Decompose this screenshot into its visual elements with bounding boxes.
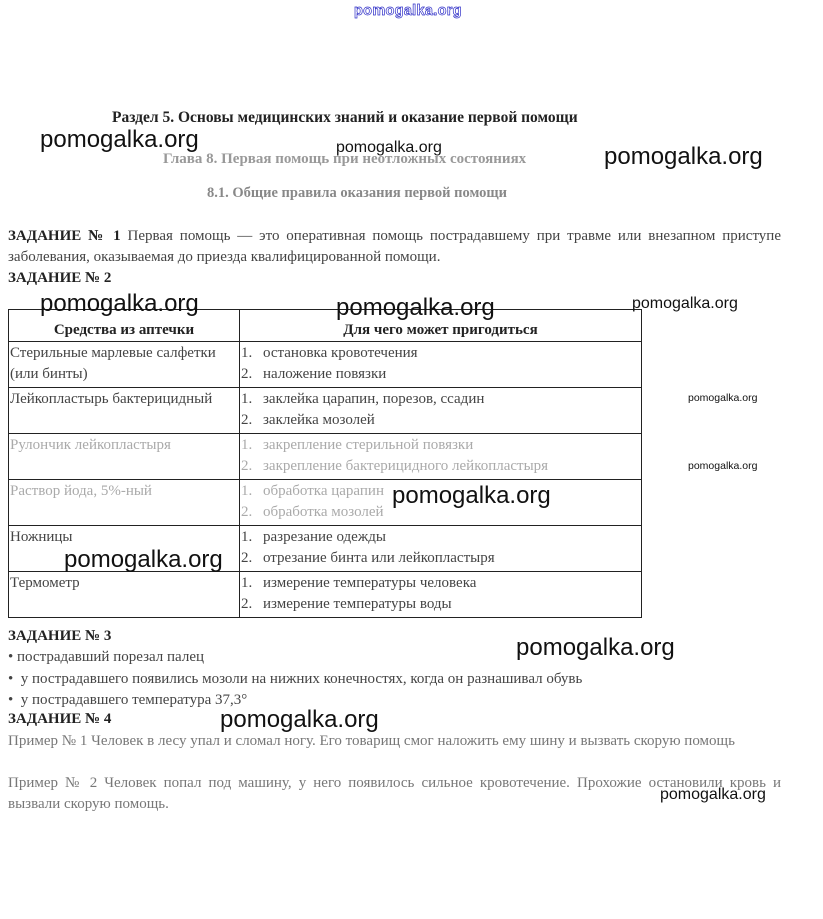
purpose-text: остановка кровотечения — [263, 345, 418, 361]
purpose-cell: 1.разрезание одежды2.отрезание бинта или… — [240, 526, 642, 572]
purpose-line: 1.заклейка царапин, порезов, ссадин — [241, 389, 640, 410]
kit-item-cell: Лейкопластырь бактерицидный — [9, 388, 240, 434]
purpose-text: закрепление бактерицидного лейкопластыря — [263, 458, 548, 474]
watermark: pomogalka.org — [632, 296, 738, 312]
table-row: Термометр1.измерение температуры человек… — [9, 572, 642, 618]
table-row: Лейкопластырь бактерицидный1.заклейка ца… — [9, 388, 642, 434]
purpose-cell: 1.измерение температуры человека2.измере… — [240, 572, 642, 618]
watermark: pomogalka.org — [336, 296, 495, 320]
table-row: Стерильные марлевые салфетки (или бинты)… — [9, 342, 642, 388]
watermark: pomogalka.org — [604, 145, 763, 169]
purpose-number: 1. — [241, 435, 263, 456]
purpose-text: наложение повязки — [263, 366, 386, 382]
table-row: Рулончик лейкопластыря1.закрепление стер… — [9, 434, 642, 480]
task-3-label: ЗАДАНИЕ № 3 — [8, 628, 111, 644]
purpose-text: обработка мозолей — [263, 504, 384, 520]
purpose-text: заклейка царапин, порезов, ссадин — [263, 391, 484, 407]
section-heading: Раздел 5. Основы медицинских знаний и ок… — [112, 109, 578, 127]
purpose-text: заклейка мозолей — [263, 412, 375, 428]
task-1-label: ЗАДАНИЕ № 1 — [8, 228, 121, 244]
watermark: pomogalka.org — [688, 461, 757, 472]
purpose-cell: 1.остановка кровотечения2.наложение повя… — [240, 342, 642, 388]
purpose-line: 2.наложение повязки — [241, 364, 640, 385]
purpose-line: 1.закрепление стерильной повязки — [241, 435, 640, 456]
purpose-text: отрезание бинта или лейкопластыря — [263, 550, 495, 566]
task-4-example-1: Пример № 1 Человек в лесу упал и сломал … — [8, 731, 781, 752]
kit-item-cell: Раствор йода, 5%-ный — [9, 480, 240, 526]
purpose-text: разрезание одежды — [263, 529, 386, 545]
purpose-number: 2. — [241, 364, 263, 385]
kit-item-cell: Термометр — [9, 572, 240, 618]
purpose-number: 2. — [241, 548, 263, 569]
task-3-list: • пострадавший порезал палец • у пострад… — [8, 647, 582, 712]
list-item: • у пострадавшего появились мозоли на ни… — [8, 669, 582, 691]
task-4: ЗАДАНИЕ № 4 — [8, 709, 781, 730]
watermark: pomogalka.org — [688, 393, 757, 404]
watermark-top[interactable]: pomogalka.org — [354, 4, 462, 19]
purpose-text: закрепление стерильной повязки — [263, 437, 473, 453]
kit-item-cell: Стерильные марлевые салфетки (или бинты) — [9, 342, 240, 388]
purpose-text: измерение температуры человека — [263, 575, 476, 591]
purpose-line: 1.разрезание одежды — [241, 527, 640, 548]
watermark: pomogalka.org — [220, 708, 379, 732]
purpose-line: 2.заклейка мозолей — [241, 410, 640, 431]
purpose-number: 2. — [241, 502, 263, 523]
purpose-line: 1.измерение температуры человека — [241, 573, 640, 594]
watermark: pomogalka.org — [516, 636, 675, 660]
subsection-heading: 8.1. Общие правила оказания первой помощ… — [207, 185, 507, 202]
task-2: ЗАДАНИЕ № 2 — [8, 268, 781, 289]
purpose-number: 2. — [241, 410, 263, 431]
task-4-label: ЗАДАНИЕ № 4 — [8, 711, 111, 727]
kit-item-cell: Рулончик лейкопластыря — [9, 434, 240, 480]
purpose-number: 1. — [241, 343, 263, 364]
purpose-number: 1. — [241, 389, 263, 410]
watermark: pomogalka.org — [40, 128, 199, 152]
purpose-number: 2. — [241, 456, 263, 477]
purpose-cell: 1.закрепление стерильной повязки2.закреп… — [240, 434, 642, 480]
purpose-line: 2.измерение температуры воды — [241, 594, 640, 615]
purpose-line: 2.закрепление бактерицидного лейкопласты… — [241, 456, 640, 477]
watermark: pomogalka.org — [660, 787, 766, 803]
purpose-text: измерение температуры воды — [263, 596, 452, 612]
task-1-text: Первая помощь — это оперативная помощь п… — [8, 228, 781, 265]
purpose-cell: 1.заклейка царапин, порезов, ссадин2.зак… — [240, 388, 642, 434]
list-item: • пострадавший порезал палец — [8, 647, 582, 669]
purpose-number: 1. — [241, 527, 263, 548]
task-2-label: ЗАДАНИЕ № 2 — [8, 270, 111, 286]
purpose-line: 1.остановка кровотечения — [241, 343, 640, 364]
task-1: ЗАДАНИЕ № 1 Первая помощь — это оператив… — [8, 226, 781, 268]
purpose-text: обработка царапин — [263, 483, 384, 499]
watermark: pomogalka.org — [40, 292, 199, 316]
watermark: pomogalka.org — [336, 140, 442, 156]
purpose-number: 2. — [241, 594, 263, 615]
purpose-number: 1. — [241, 573, 263, 594]
purpose-number: 1. — [241, 481, 263, 502]
purpose-line: 2.отрезание бинта или лейкопластыря — [241, 548, 640, 569]
watermark: pomogalka.org — [64, 548, 223, 572]
watermark: pomogalka.org — [392, 484, 551, 508]
